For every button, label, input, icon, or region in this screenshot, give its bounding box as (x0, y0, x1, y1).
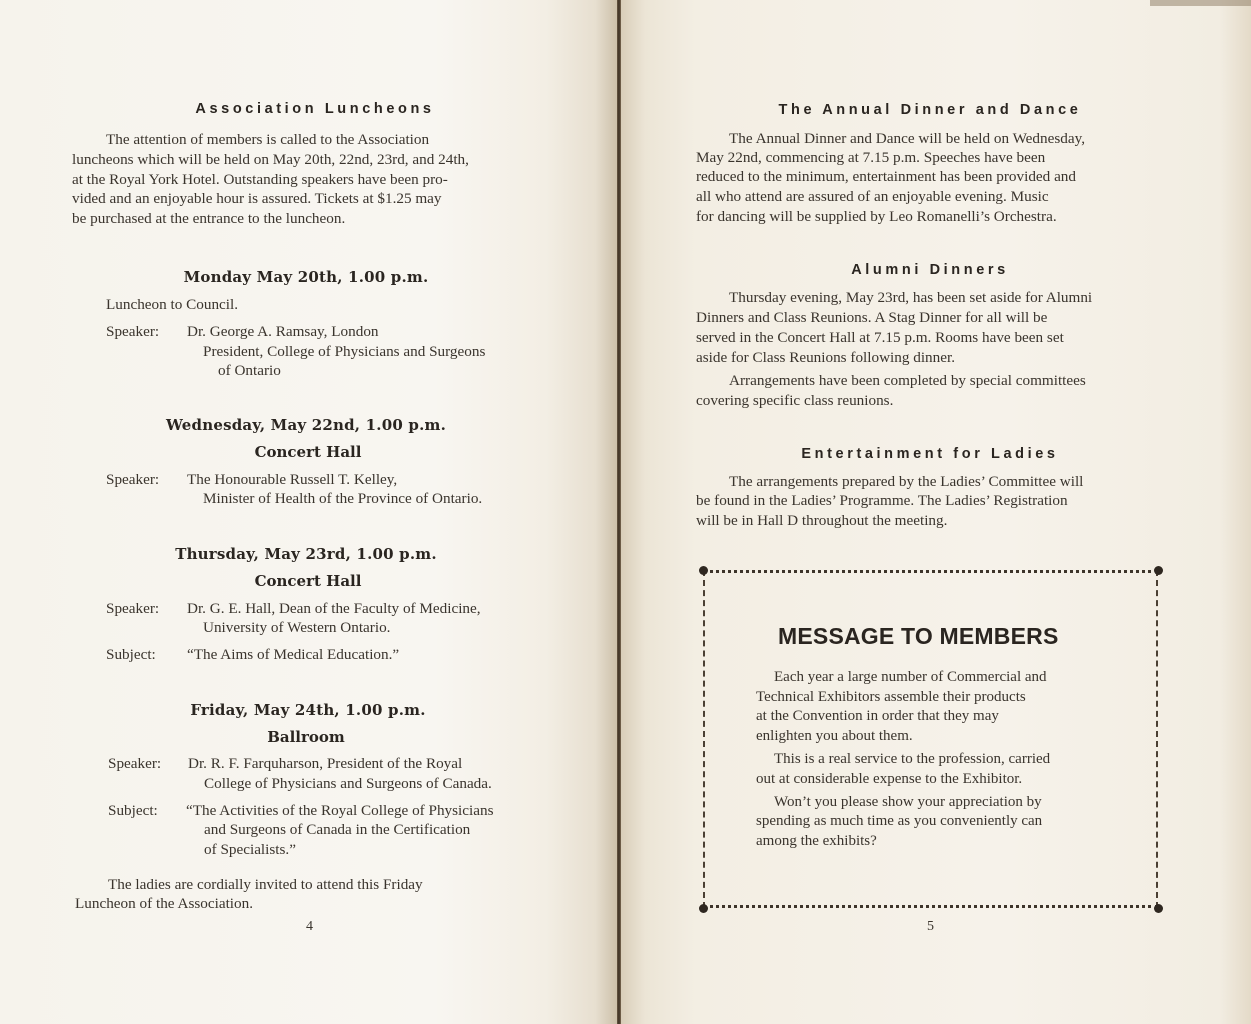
message-line: spending as much time as you convenientl… (756, 813, 1042, 830)
speaker-line: Dr. George A. Ramsay, London (187, 323, 379, 341)
subject-line: of Specialists.” (204, 841, 296, 859)
intro-line: at the Royal York Hotel. Outstanding spe… (72, 171, 448, 189)
dinner-line: for dancing will be supplied by Leo Roma… (696, 208, 1057, 226)
speaker-line: of Ontario (218, 362, 281, 380)
speaker-line: Dr. R. F. Farquharson, President of the … (188, 755, 462, 773)
dinner-line: reduced to the minimum, entertainment ha… (696, 168, 1076, 186)
speaker-line: President, College of Physicians and Sur… (203, 343, 485, 361)
frame-corner-ornament (1154, 904, 1163, 913)
thursday-session-heading: Thursday, May 23rd, 1.00 p.m. (106, 545, 506, 563)
frame-corner-ornament (699, 904, 708, 913)
speaker-line: University of Western Ontario. (203, 619, 390, 637)
message-title: MESSAGE TO MEMBERS (778, 623, 1059, 650)
intro-line: be purchased at the entrance to the lunc… (72, 210, 345, 228)
ladies-line: The arrangements prepared by the Ladies’… (729, 473, 1083, 491)
monday-note: Luncheon to Council. (106, 296, 238, 314)
message-line: among the exhibits? (756, 833, 877, 850)
friday-venue: Ballroom (106, 728, 506, 746)
page-edge (1150, 0, 1251, 6)
page-number-right: 5 (927, 919, 934, 935)
intro-line: The attention of members is called to th… (106, 131, 429, 149)
frame-corner-ornament (1154, 566, 1163, 575)
wednesday-session-heading: Wednesday, May 22nd, 1.00 p.m. (106, 416, 506, 434)
subject-line: and Surgeons of Canada in the Certificat… (204, 821, 470, 839)
annual-dinner-heading: The Annual Dinner and Dance (695, 102, 1165, 118)
subject-line: “The Activities of the Royal College of … (186, 802, 494, 820)
speaker-label: Speaker: (106, 600, 159, 618)
monday-session-heading: Monday May 20th, 1.00 p.m. (106, 268, 506, 286)
speaker-line: Dr. G. E. Hall, Dean of the Faculty of M… (187, 600, 481, 618)
subject-label: Subject: (108, 802, 158, 820)
speaker-label: Speaker: (108, 755, 161, 773)
speaker-label: Speaker: (106, 471, 159, 489)
subject-line: “The Aims of Medical Education.” (187, 646, 399, 664)
entertainment-ladies-heading: Entertainment for Ladies (695, 446, 1165, 462)
subject-label: Subject: (106, 646, 156, 664)
dinner-line: The Annual Dinner and Dance will be held… (729, 130, 1085, 148)
alumni-line: Thursday evening, May 23rd, has been set… (729, 289, 1092, 307)
message-line: at the Convention in order that they may (756, 708, 999, 725)
friday-session-heading: Friday, May 24th, 1.00 p.m. (106, 701, 510, 719)
ladies-line: be found in the Ladies’ Programme. The L… (696, 492, 1068, 510)
message-line: Each year a large number of Commercial a… (774, 669, 1047, 686)
thursday-venue: Concert Hall (106, 572, 510, 590)
alumni-dinners-heading: Alumni Dinners (695, 262, 1165, 278)
closing-line: The ladies are cordially invited to atte… (108, 876, 423, 894)
message-line: This is a real service to the profession… (774, 751, 1050, 768)
message-line: Won’t you please show your appreciation … (774, 794, 1042, 811)
closing-line: Luncheon of the Association. (75, 895, 253, 913)
wednesday-venue: Concert Hall (106, 443, 510, 461)
association-luncheons-heading: Association Luncheons (60, 101, 570, 117)
alumni-line: Arrangements have been completed by spec… (729, 372, 1086, 390)
book-spine (617, 0, 621, 1024)
ladies-line: will be in Hall D throughout the meeting… (696, 512, 947, 530)
dinner-line: May 22nd, commencing at 7.15 p.m. Speech… (696, 149, 1045, 167)
message-line: enlighten you about them. (756, 728, 913, 745)
dinner-line: all who attend are assured of an enjoyab… (696, 188, 1049, 206)
intro-line: vided and an enjoyable hour is assured. … (72, 190, 442, 208)
speaker-line: The Honourable Russell T. Kelley, (187, 471, 397, 489)
alumni-line: aside for Class Reunions following dinne… (696, 349, 955, 367)
frame-corner-ornament (699, 566, 708, 575)
intro-line: luncheons which will be held on May 20th… (72, 151, 469, 169)
speaker-label: Speaker: (106, 323, 159, 341)
message-line: out at considerable expense to the Exhib… (756, 771, 1022, 788)
speaker-line: Minister of Health of the Province of On… (203, 490, 482, 508)
speaker-line: College of Physicians and Surgeons of Ca… (204, 775, 492, 793)
alumni-line: covering specific class reunions. (696, 392, 893, 410)
alumni-line: served in the Concert Hall at 7.15 p.m. … (696, 329, 1064, 347)
message-line: Technical Exhibitors assemble their prod… (756, 689, 1026, 706)
alumni-line: Dinners and Class Reunions. A Stag Dinne… (696, 309, 1047, 327)
page-number-left: 4 (306, 919, 313, 935)
